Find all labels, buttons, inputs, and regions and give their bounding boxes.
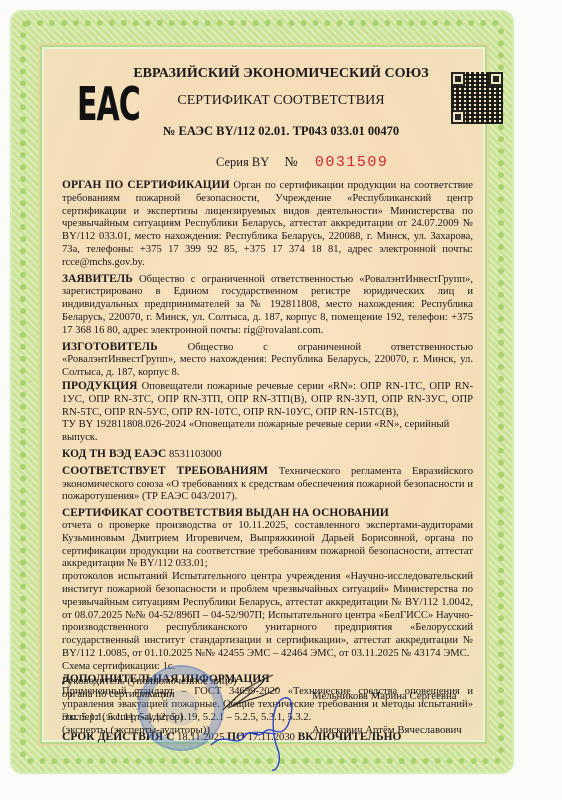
series-line: Серия BY № 0031509	[216, 154, 388, 171]
section-product: ПРОДУКЦИЯ Оповещатели пожарные речевые с…	[62, 380, 473, 445]
head-signatory-name: Мельникова Марина Сергеевна	[312, 690, 457, 703]
series-label: Серия BY	[216, 155, 269, 169]
section-text: Орган по сертификации продукции на соотв…	[62, 180, 473, 268]
expert-signature-icon	[206, 690, 306, 775]
section-heading: СЕРТИФИКАТ СООТВЕТСТВИЯ ВЫДАН НА ОСНОВАН…	[62, 507, 473, 520]
section-heading: ОРГАН ПО СЕРТИФИКАЦИИ	[62, 179, 230, 191]
expert-signatory-label: Эксперт (эксперт-аудитор) (эксперты (экс…	[62, 711, 210, 737]
section-heading: ИЗГОТОВИТЕЛЬ	[62, 341, 158, 353]
qr-finder-pattern	[451, 110, 465, 124]
expert-label-line-1: Эксперт (эксперт-аудитор)	[62, 711, 210, 724]
product-spec: ТУ BY 192811808.026-2024 «Оповещатели по…	[62, 419, 473, 445]
section-basis: СЕРТИФИКАТ СООТВЕТСТВИЯ ВЫДАН НА ОСНОВАН…	[62, 507, 473, 673]
basis-report: отчета о проверке производства от 10.11.…	[62, 520, 473, 571]
head-label-line-1: Руководитель (уполномоченное лицо)	[62, 675, 236, 688]
section-heading: ЗАЯВИТЕЛЬ	[62, 273, 133, 285]
section-certification-body: ОРГАН ПО СЕРТИФИКАЦИИ Орган по сертифика…	[62, 179, 473, 270]
certificate-body: ОРГАН ПО СЕРТИФИКАЦИИ Орган по сертифика…	[62, 179, 473, 747]
head-label-line-2: органа по сертификации	[62, 688, 236, 701]
section-hs-code: КОД ТН ВЭД ЕАЭС 8531103000	[62, 448, 473, 462]
certificate-number: № ЕАЭС BY/112 02.01. ТР043 033.01 00470	[0, 124, 562, 139]
union-heading: ЕВРАЗИЙСКИЙ ЭКОНОМИЧЕСКИЙ СОЮЗ	[0, 66, 562, 82]
head-signatory-label: Руководитель (уполномоченное лицо) орган…	[62, 675, 236, 701]
expert-label-line-2: (эксперты (эксперты-аудиторы))	[62, 724, 210, 737]
number-sign: №	[284, 155, 297, 170]
certificate-title: СЕРТИФИКАТ СООТВЕТСТВИЯ	[0, 93, 562, 109]
section-text: 8531103000	[169, 449, 222, 460]
section-conforms: СООТВЕТСТВУЕТ ТРЕБОВАНИЯМ Технического р…	[62, 465, 473, 504]
basis-protocols: протоколов испытаний Испытательного цент…	[62, 571, 473, 661]
section-applicant: ЗАЯВИТЕЛЬ Общество с ограниченной ответс…	[62, 273, 473, 338]
section-heading: ПРОДУКЦИЯ	[62, 380, 137, 392]
section-manufacturer: ИЗГОТОВИТЕЛЬ Общество с ограниченной отв…	[62, 341, 473, 380]
section-heading: СООТВЕТСТВУЕТ ТРЕБОВАНИЯМ	[62, 465, 268, 477]
section-heading: КОД ТН ВЭД ЕАЭС	[62, 448, 166, 460]
serial-number: 0031509	[315, 154, 389, 171]
expert-signatory-name: Анискович Артём Вячеславович	[312, 724, 462, 737]
